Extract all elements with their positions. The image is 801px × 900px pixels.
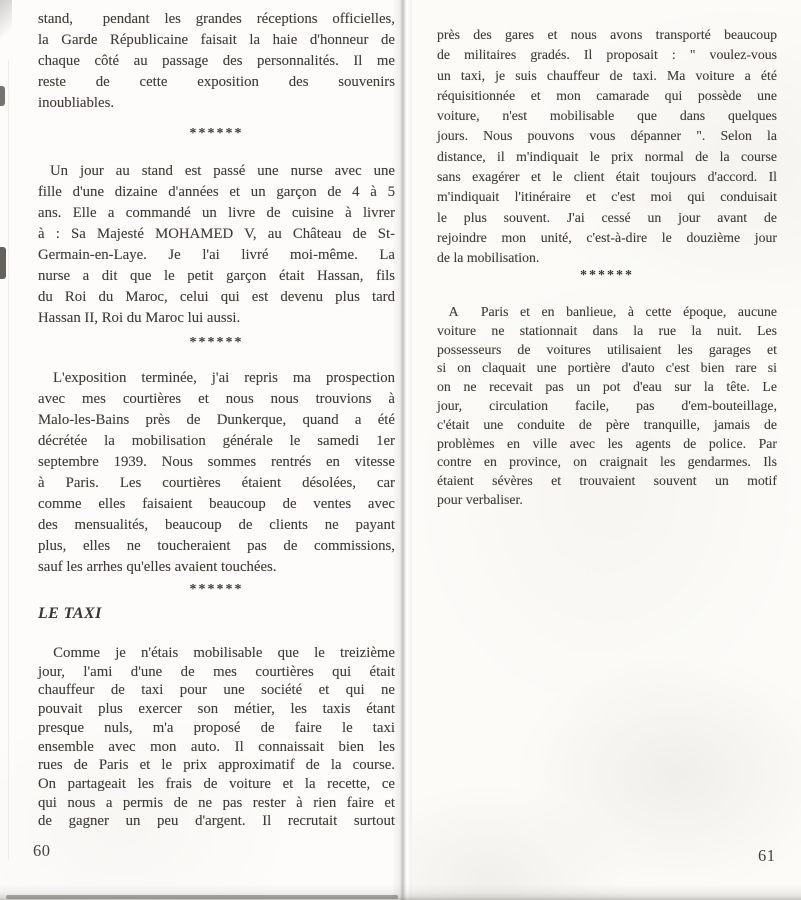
- book-page-right: près des gares et nous avons transporté …: [412, 0, 801, 900]
- paragraph: A Paris et en banlieue, à cette époque, …: [437, 303, 777, 510]
- section-heading: LE TAXI: [38, 605, 395, 623]
- text-line: chaque côté au passage des personnalités…: [38, 51, 395, 72]
- text-line: la Garde Républicaine faisait la haie d'…: [38, 30, 395, 51]
- text-line: rejoindre mon unité, c'est-à-dire le dou…: [437, 228, 777, 248]
- scan-edge-mark: [0, 247, 6, 279]
- text-line: m'indiquait l'itinéraire et c'est moi qu…: [437, 187, 777, 207]
- text-line: Hassan II, Roi du Maroc lui aussi.: [38, 308, 395, 329]
- text-line: voiture, n'est mobilisable que dans quel…: [437, 106, 777, 126]
- text-line: inoubliables.: [38, 93, 395, 114]
- text-line: plus, elles ne toucheraient pas de commi…: [38, 536, 395, 557]
- text-line: pouvait plus exercer son métier, les tax…: [38, 700, 395, 719]
- text-line: le plus souvent. J'ai cessé un jour avan…: [437, 208, 777, 228]
- book-page-left: stand, pendant les grandes réceptions of…: [0, 0, 400, 900]
- text-line: possesseurs de voitures utilisaient les …: [437, 341, 777, 360]
- text-line: voiture ne stationnait dans la rue la nu…: [437, 322, 777, 341]
- paragraph: près des gares et nous avons transporté …: [437, 25, 777, 269]
- section-separator: ******: [38, 582, 395, 598]
- section-separator: ******: [38, 335, 395, 351]
- text-line: avec mes courtières et nous nous trouvio…: [38, 389, 395, 410]
- scan-bottom-edge: [0, 884, 801, 900]
- paragraph: Comme je n'étais mobilisable que le trei…: [38, 644, 395, 831]
- text-line: jours. Nous pouvons vous dépanner ". Sel…: [437, 126, 777, 146]
- text-line: on ne recevait pas un pot d'eau sur la t…: [437, 378, 777, 397]
- text-line: Un jour au stand est passé une nurse ave…: [38, 161, 395, 182]
- text-line: qui nous a permis de ne pas rester à rie…: [38, 794, 395, 813]
- text-line: Germain-en-Laye. Je l'ai livré moi-même.…: [38, 245, 395, 266]
- text-line: comme elles faisaient beaucoup de ventes…: [38, 494, 395, 515]
- text-line: de la mobilisation.: [437, 248, 777, 268]
- text-line: sans exagérer et le client était toujour…: [437, 167, 777, 187]
- text-line: problèmes en ville avec les agents de po…: [437, 435, 777, 454]
- text-line: A Paris et en banlieue, à cette époque, …: [437, 303, 777, 322]
- text-line: à Paris. Les courtières étaient désolées…: [38, 473, 395, 494]
- paragraph: L'exposition terminée, j'ai repris ma pr…: [38, 368, 395, 578]
- text-line: fille d'une dizaine d'années et un garço…: [38, 182, 395, 203]
- text-line: reste de cette exposition des souvenirs: [38, 72, 395, 93]
- text-line: presque nuls, m'a proposé de faire le ta…: [38, 719, 395, 738]
- text-line: si on claquait une portière d'auto c'est…: [437, 359, 777, 378]
- scanned-book-spread: stand, pendant les grandes réceptions of…: [0, 0, 801, 900]
- text-line: chauffeur de taxi pour une société et qu…: [38, 681, 395, 700]
- text-line: Malo-les-Bains près de Dunkerque, quand …: [38, 410, 395, 431]
- text-line: L'exposition terminée, j'ai repris ma pr…: [38, 368, 395, 389]
- text-line: près des gares et nous avons transporté …: [437, 25, 777, 45]
- text-line: sauf les arrhes qu'elles avaient touchée…: [38, 557, 395, 578]
- text-line: des mensualités, beaucoup de clients ne …: [38, 515, 395, 536]
- text-line: de militaires gradés. Il proposait : " v…: [437, 45, 777, 65]
- scan-edge-mark: [0, 86, 5, 106]
- text-line: distance, il m'indiquait le prix normal …: [437, 147, 777, 167]
- text-line: c'était une conduite de père tranquille,…: [437, 416, 777, 435]
- paragraph: Un jour au stand est passé une nurse ave…: [38, 161, 395, 329]
- section-separator: ******: [437, 268, 777, 284]
- text-line: pour verbaliser.: [437, 491, 777, 510]
- text-line: stand, pendant les grandes réceptions of…: [38, 9, 395, 30]
- text-line: décrétée la mobilisation générale le sam…: [38, 431, 395, 452]
- text-line: Comme je n'étais mobilisable que le trei…: [38, 644, 395, 663]
- section-separator: ******: [38, 126, 395, 142]
- page-number-right: 61: [758, 846, 776, 866]
- text-line: réquisitionnée et mon camarade qui possè…: [437, 86, 777, 106]
- text-line: septembre 1939. Nous sommes rentrés en v…: [38, 452, 395, 473]
- text-line: On partageait les frais de voiture et la…: [38, 775, 395, 794]
- text-line: contre en province, on craignait les gen…: [437, 453, 777, 472]
- text-line: rues de Paris et le prix approximatif de…: [38, 756, 395, 775]
- text-line: de gagner un peu d'argent. Il recrutait …: [38, 812, 395, 831]
- paragraph: stand, pendant les grandes réceptions of…: [38, 9, 395, 114]
- text-line: du Roi du Maroc, celui qui est devenu pl…: [38, 287, 395, 308]
- scan-left-edge-line: [8, 60, 9, 860]
- text-line: ensemble avec mon auto. Il connaissait b…: [38, 738, 395, 757]
- text-line: jour, circulation facile, pas d'em-boute…: [437, 397, 777, 416]
- text-line: ans. Elle a commandé un livre de cuisine…: [38, 203, 395, 224]
- text-line: nurse a dit que le petit garçon était Ha…: [38, 266, 395, 287]
- text-line: un taxi, je suis chauffeur de taxi. Ma v…: [437, 66, 777, 86]
- text-line: jour, l'ami d'une de mes courtières qui …: [38, 663, 395, 682]
- scan-corner-shade: [0, 0, 12, 48]
- text-line: à : Sa Majesté MOHAMED V, au Château de …: [38, 224, 395, 245]
- page-number-left: 60: [33, 841, 51, 861]
- text-line: étaient sévères et trouvaient souvent un…: [437, 472, 777, 491]
